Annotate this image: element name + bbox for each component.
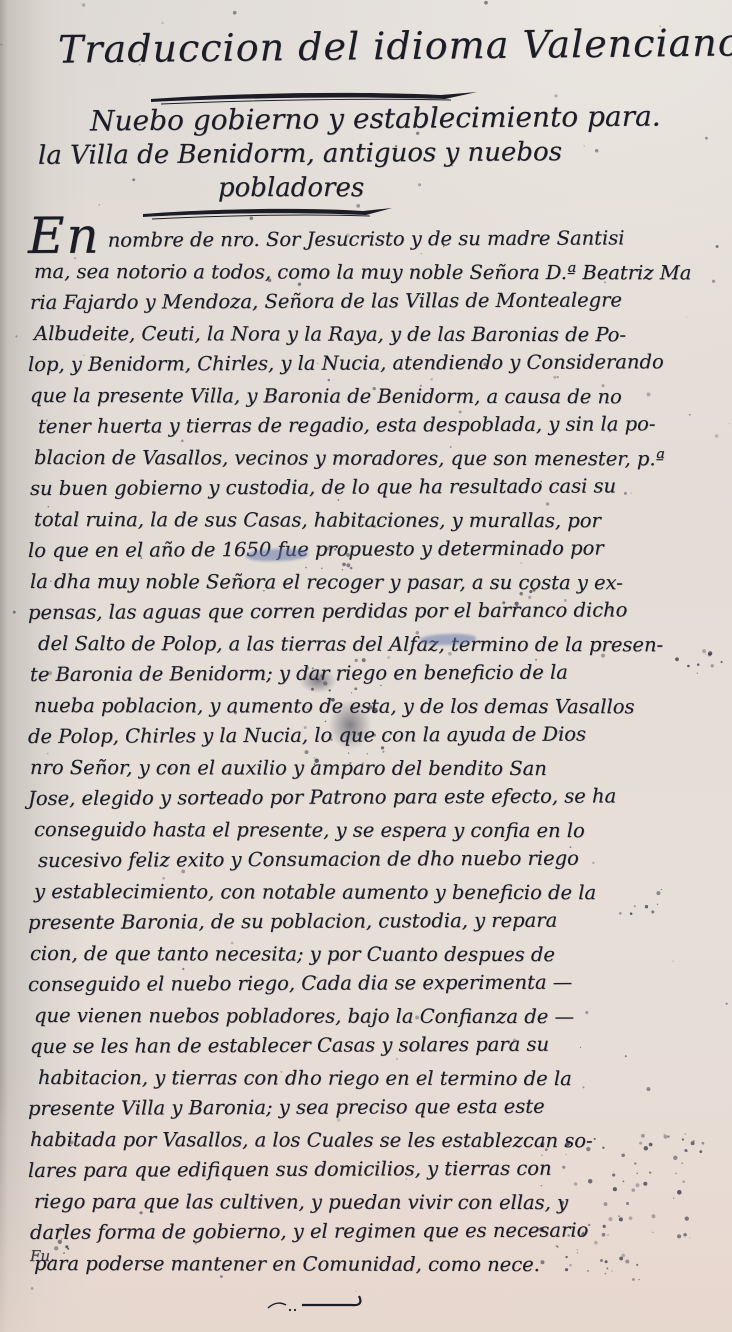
manuscript-line: su buen gobierno y custodia, de lo que h…: [30, 470, 724, 504]
manuscript-line: Jose, elegido y sorteado por Patrono par…: [28, 780, 724, 814]
manuscript-line: lares para que edifiquen sus domicilios,…: [28, 1152, 724, 1186]
manuscript-line: sucesivo feliz exito y Consumacion de dh…: [38, 842, 724, 876]
subtitle-line-1: Nuebo gobierno y establecimiento para.: [90, 100, 661, 138]
manuscript-line: presente Villa y Baronia; y sea preciso …: [28, 1090, 724, 1124]
marginal-insertion: Fu.: [30, 1247, 55, 1265]
manuscript-line: que se les han de establecer Casas y sol…: [30, 1028, 724, 1062]
manuscript-line: ria Fajardo y Mendoza, Señora de las Vil…: [30, 284, 724, 318]
subtitle-line-3: pobladores: [218, 173, 364, 203]
end-mark-flourish-icon: [262, 1294, 382, 1316]
manuscript-line: Ennombre de nro. Sor Jesucristo y de su …: [28, 222, 724, 256]
manuscript-line: darles forma de gobierno, y el regimen q…: [30, 1214, 724, 1248]
manuscript-page: Traduccion del idioma Valenciano Nuebo g…: [0, 0, 732, 1332]
manuscript-line: te Baronia de Benidorm; y dar riego en b…: [30, 656, 724, 690]
dark-ink-blot-icon: [320, 690, 380, 760]
manuscript-line: lop, y Benidorm, Chirles, y la Nucia, at…: [28, 346, 724, 380]
manuscript-line: para poderse mantener en Comunidad, como…: [34, 1248, 724, 1280]
subtitle-underline-flourish-icon: [138, 206, 398, 222]
manuscript-line: tener huerta y tierras de regadio, esta …: [38, 408, 724, 442]
manuscript-line: presente Baronia, de su poblacion, custo…: [28, 904, 724, 938]
manuscript-line: conseguido el nuebo riego, Cada dia se e…: [28, 966, 724, 1000]
page-title: Traduccion del idioma Valenciano: [58, 20, 732, 71]
manuscript-line: pensas, las aguas que corren perdidas po…: [28, 594, 724, 628]
manuscript-body: Ennombre de nro. Sor Jesucristo y de su …: [28, 225, 724, 1279]
subtitle-line-2: la Villa de Benidorm, antiguos y nuebos: [38, 137, 562, 171]
manuscript-line: lo que en el año de 1650 fue propuesto y…: [28, 532, 724, 566]
